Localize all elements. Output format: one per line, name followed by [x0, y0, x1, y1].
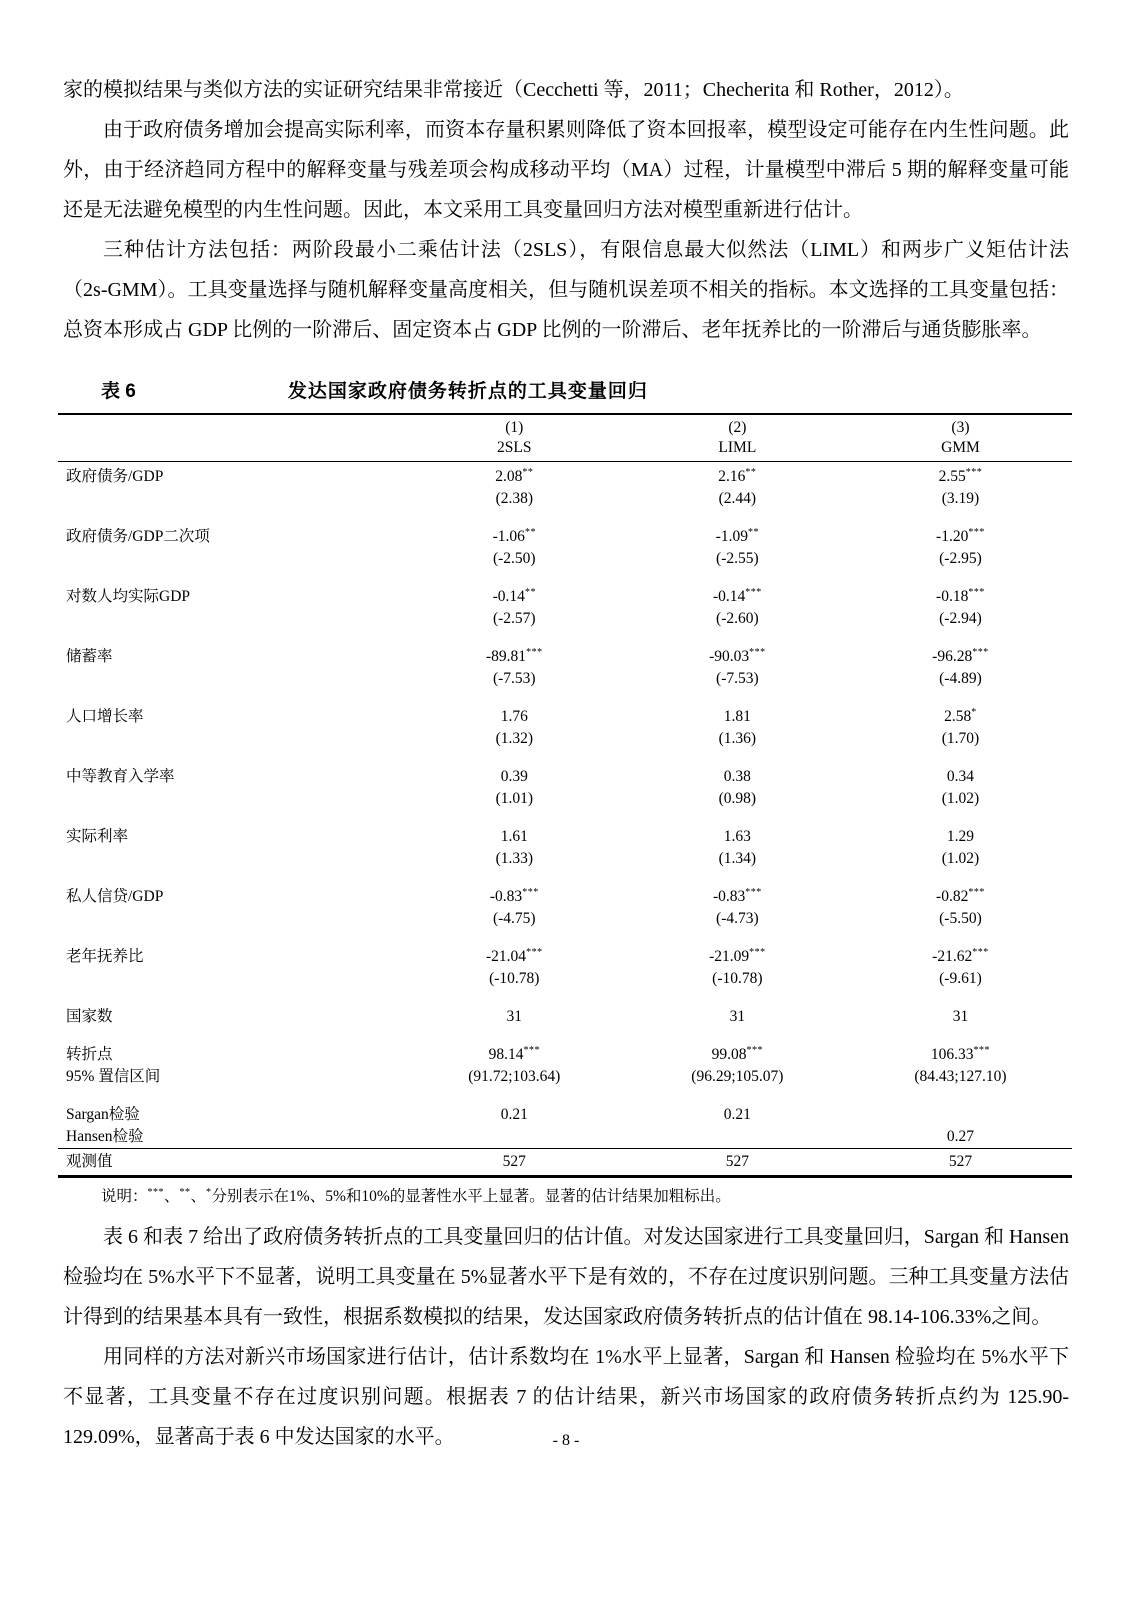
table-cell: (1.02) [849, 848, 1072, 870]
table-cell: (-5.50) [849, 908, 1072, 930]
discussion-section: 表 6 和表 7 给出了政府债务转折点的工具变量回归的估计值。对发达国家进行工具… [63, 1217, 1069, 1457]
table-cell: -1.06** [403, 526, 626, 548]
table-cell: 1.29 [849, 826, 1072, 848]
row-label [58, 668, 403, 690]
turning-point-row: 转折点98.14***99.08***106.33*** [58, 1044, 1072, 1066]
table-cell: 1.81 [626, 706, 849, 728]
table-cell: GMM [849, 438, 1072, 458]
row-spacer [58, 1028, 1072, 1044]
table-cell: 2.16** [626, 466, 849, 488]
table-cell: 31 [626, 1006, 849, 1028]
table-cell: (1.36) [626, 728, 849, 750]
table-cell: 0.21 [403, 1104, 626, 1126]
table-cell: (1.70) [849, 728, 1072, 750]
tstat-row: (1.32)(1.36)(1.70) [58, 728, 1072, 750]
coefficient-value: -89.81 [486, 648, 526, 665]
table-title: 发达国家政府债务转折点的工具变量回归 [288, 376, 648, 403]
significance-stars: ** [180, 1187, 191, 1198]
coefficient-row: 政府债务/GDP二次项-1.06**-1.09**-1.20*** [58, 526, 1072, 548]
table-cell: -21.09*** [626, 946, 849, 968]
tstat-row: (1.33)(1.34)(1.02) [58, 848, 1072, 870]
row-label [58, 418, 403, 438]
table-cell: (2.38) [403, 488, 626, 510]
table-cell: -0.83*** [626, 886, 849, 908]
table-cell: (-4.75) [403, 908, 626, 930]
significance-stars: *** [148, 1187, 165, 1198]
row-label: 国家数 [58, 1006, 403, 1028]
significance-stars: *** [749, 647, 766, 658]
row-label: 人口增长率 [58, 706, 403, 728]
coefficient-value: -21.09 [709, 948, 749, 965]
table-cell: (-10.78) [403, 968, 626, 990]
row-label [58, 908, 403, 930]
coefficient-value: -21.62 [932, 948, 972, 965]
table-cell: (-4.89) [849, 668, 1072, 690]
table-cell: 98.14*** [403, 1044, 626, 1066]
coefficient-row: 对数人均实际GDP-0.14**-0.14***-0.18*** [58, 586, 1072, 608]
row-label [58, 788, 403, 810]
coefficient-value: 106.33 [931, 1046, 974, 1063]
significance-stars: *** [974, 1045, 991, 1056]
row-spacer [58, 630, 1072, 646]
table-cell: -89.81*** [403, 646, 626, 668]
significance-stars: *** [745, 587, 762, 598]
table-cell: 99.08*** [626, 1044, 849, 1066]
page-number: - 8 - [0, 1432, 1132, 1450]
table-cell: -0.83*** [403, 886, 626, 908]
table-cell: (-2.57) [403, 608, 626, 630]
tstat-row: (2.38)(2.44)(3.19) [58, 488, 1072, 510]
table-cell: (1.02) [849, 788, 1072, 810]
coefficient-value: 1.63 [724, 828, 751, 845]
observations-row: 观测值527527527 [58, 1151, 1072, 1173]
significance-stars: *** [966, 467, 983, 478]
table-cell: 0.38 [626, 766, 849, 788]
significance-stars: *** [968, 587, 985, 598]
table-cell: -0.14** [403, 586, 626, 608]
row-spacer [58, 510, 1072, 526]
significance-stars: ** [522, 467, 533, 478]
significance-stars: *** [747, 1045, 764, 1056]
coefficient-value: -1.20 [936, 528, 968, 545]
tstat-row: (-2.50)(-2.55)(-2.95) [58, 548, 1072, 570]
table-cell: (-9.61) [849, 968, 1072, 990]
tstat-row: (-4.75)(-4.73)(-5.50) [58, 908, 1072, 930]
coefficient-value: -90.03 [709, 648, 749, 665]
coefficient-value: -1.09 [716, 528, 748, 545]
significance-stars: *** [972, 947, 989, 958]
row-label: 政府债务/GDP [58, 466, 403, 488]
document-page: 家的模拟结果与类似方法的实证研究结果非常接近（Cecchetti 等，2011；… [0, 0, 1132, 1601]
table-cell: (3.19) [849, 488, 1072, 510]
table-cell: (-7.53) [626, 668, 849, 690]
significance-stars: ** [745, 467, 756, 478]
coefficient-value: -0.82 [936, 888, 968, 905]
table-cell: 2SLS [403, 438, 626, 458]
coefficient-row: 实际利率1.611.631.29 [58, 826, 1072, 848]
table-cell: (1.01) [403, 788, 626, 810]
table-cell: 31 [849, 1006, 1072, 1028]
table-cell: (1.34) [626, 848, 849, 870]
row-label: Hansen检验 [58, 1126, 403, 1148]
table-cell: (2.44) [626, 488, 849, 510]
table-cell: -21.62*** [849, 946, 1072, 968]
table-cell: (-2.50) [403, 548, 626, 570]
table-cell: 527 [849, 1151, 1072, 1173]
table-cell: -0.18*** [849, 586, 1072, 608]
significance-stars: *** [522, 887, 539, 898]
table-cell [626, 1126, 849, 1148]
coefficient-value: -0.18 [936, 588, 968, 605]
table-cell: 0.27 [849, 1126, 1072, 1148]
row-label: 转折点 [58, 1044, 403, 1066]
coefficient-value: 2.58 [944, 708, 971, 725]
significance-stars: ** [525, 527, 536, 538]
table-cell: (1.33) [403, 848, 626, 870]
row-spacer [58, 570, 1072, 586]
test-statistic-row: Sargan检验0.210.21 [58, 1104, 1072, 1126]
row-label [58, 548, 403, 570]
row-spacer [58, 870, 1072, 886]
table-cell: 31 [403, 1006, 626, 1028]
table-caption: 表 6 发达国家政府债务转折点的工具变量回归 [63, 376, 1069, 403]
table-cell: (-2.95) [849, 548, 1072, 570]
table-cell: 527 [626, 1151, 849, 1173]
row-label: 储蓄率 [58, 646, 403, 668]
table-cell: (-7.53) [403, 668, 626, 690]
coefficient-value: 98.14 [489, 1046, 524, 1063]
row-label [58, 968, 403, 990]
table-cell: -0.82*** [849, 886, 1072, 908]
significance-stars: * [206, 1187, 212, 1198]
row-spacer [58, 1088, 1072, 1104]
table-cell: (91.72;103.64) [403, 1066, 626, 1088]
table-header: (1)(2)(3)2SLSLIMLGMM [58, 415, 1072, 462]
coefficient-value: 1.61 [501, 828, 528, 845]
significance-stars: *** [968, 527, 985, 538]
significance-stars: ** [748, 527, 759, 538]
row-label: Sargan检验 [58, 1104, 403, 1126]
observations-row-wrapper: 观测值527527527 [58, 1148, 1072, 1175]
tstat-row: (-10.78)(-10.78)(-9.61) [58, 968, 1072, 990]
row-label [58, 608, 403, 630]
table-cell: (0.98) [626, 788, 849, 810]
coefficient-value: -96.28 [932, 648, 972, 665]
coefficient-value: -0.14 [493, 588, 525, 605]
row-spacer [58, 750, 1072, 766]
table-cell: 106.33*** [849, 1044, 1072, 1066]
regression-table: (1)(2)(3)2SLSLIMLGMM 政府债务/GDP2.08**2.16*… [58, 413, 1072, 1178]
table-cell: (-2.55) [626, 548, 849, 570]
coefficient-value: -21.04 [486, 948, 526, 965]
table-cell: -0.14*** [626, 586, 849, 608]
significance-stars: *** [526, 947, 543, 958]
coefficient-value: 2.55 [939, 468, 966, 485]
coefficient-row: 老年抚养比-21.04***-21.09***-21.62*** [58, 946, 1072, 968]
table-number-label: 表 6 [101, 376, 136, 403]
row-label: 政府债务/GDP二次项 [58, 526, 403, 548]
row-label [58, 438, 403, 458]
table-cell: (2) [626, 418, 849, 438]
significance-stars: *** [745, 887, 762, 898]
row-label [58, 488, 403, 510]
row-label [58, 848, 403, 870]
table-cell: -21.04*** [403, 946, 626, 968]
row-spacer [58, 990, 1072, 1006]
header-row-column-numbers: (1)(2)(3) [58, 418, 1072, 438]
table-cell: (-4.73) [626, 908, 849, 930]
table-note: 说明：***、**、*分别表示在1%、5%和10%的显著性水平上显著。显著的估计… [63, 1185, 1069, 1209]
coefficient-value: 0.38 [724, 768, 751, 785]
table-cell: 1.63 [626, 826, 849, 848]
table-cell: 2.58* [849, 706, 1072, 728]
table-cell: (1) [403, 418, 626, 438]
row-label: 私人信贷/GDP [58, 886, 403, 908]
row-label: 95% 置信区间 [58, 1066, 403, 1088]
tstat-row: (1.01)(0.98)(1.02) [58, 788, 1072, 810]
significance-stars: *** [526, 647, 543, 658]
table-cell: (-10.78) [626, 968, 849, 990]
coefficient-value: 1.29 [947, 828, 974, 845]
row-spacer [58, 690, 1072, 706]
significance-stars: ** [525, 587, 536, 598]
coefficient-value: 1.76 [501, 708, 528, 725]
body-paragraph: 表 6 和表 7 给出了政府债务转折点的工具变量回归的估计值。对发达国家进行工具… [63, 1217, 1069, 1337]
body-paragraph: 家的模拟结果与类似方法的实证研究结果非常接近（Cecchetti 等，2011；… [63, 70, 1069, 110]
table-body: 政府债务/GDP2.08**2.16**2.55***(2.38)(2.44)(… [58, 462, 1072, 1175]
significance-stars: *** [972, 647, 989, 658]
coefficient-value: 2.16 [718, 468, 745, 485]
row-label [58, 728, 403, 750]
table-cell: -1.09** [626, 526, 849, 548]
row-label: 对数人均实际GDP [58, 586, 403, 608]
table-cell: -1.20*** [849, 526, 1072, 548]
coefficient-row: 储蓄率-89.81***-90.03***-96.28*** [58, 646, 1072, 668]
page-content: 家的模拟结果与类似方法的实证研究结果非常接近（Cecchetti 等，2011；… [63, 70, 1069, 1457]
table-cell: (1.32) [403, 728, 626, 750]
row-label: 老年抚养比 [58, 946, 403, 968]
table-cell: 2.08** [403, 466, 626, 488]
significance-stars: *** [749, 947, 766, 958]
coefficient-value: 99.08 [712, 1046, 747, 1063]
coefficient-row: 人口增长率1.761.812.58* [58, 706, 1072, 728]
table-cell: -90.03*** [626, 646, 849, 668]
confidence-interval-row: 95% 置信区间(91.72;103.64)(96.29;105.07)(84.… [58, 1066, 1072, 1088]
table-cell: 1.61 [403, 826, 626, 848]
table-cell [403, 1126, 626, 1148]
coefficient-value: 2.08 [495, 468, 522, 485]
row-label: 观测值 [58, 1151, 403, 1173]
table-cell: LIML [626, 438, 849, 458]
coefficient-value: -1.06 [493, 528, 525, 545]
coefficient-row: 政府债务/GDP2.08**2.16**2.55*** [58, 466, 1072, 488]
tstat-row: (-2.57)(-2.60)(-2.94) [58, 608, 1072, 630]
count-row: 国家数313131 [58, 1006, 1072, 1028]
table-cell: (96.29;105.07) [626, 1066, 849, 1088]
table-cell: (-2.94) [849, 608, 1072, 630]
table-cell: (3) [849, 418, 1072, 438]
significance-stars: * [971, 707, 977, 718]
body-paragraph: 三种估计方法包括：两阶段最小二乘估计法（2SLS），有限信息最大似然法（LIML… [63, 230, 1069, 350]
table-cell: (84.43;127.10) [849, 1066, 1072, 1088]
table-cell: 527 [403, 1151, 626, 1173]
tstat-row: (-7.53)(-7.53)(-4.89) [58, 668, 1072, 690]
table-cell: -96.28*** [849, 646, 1072, 668]
row-label: 中等教育入学率 [58, 766, 403, 788]
coefficient-value: -0.14 [713, 588, 745, 605]
significance-stars: *** [523, 1045, 540, 1056]
coefficient-row: 私人信贷/GDP-0.83***-0.83***-0.82*** [58, 886, 1072, 908]
coefficient-value: 0.39 [501, 768, 528, 785]
coefficient-row: 中等教育入学率0.390.380.34 [58, 766, 1072, 788]
table-cell: 2.55*** [849, 466, 1072, 488]
table-cell: 1.76 [403, 706, 626, 728]
row-spacer [58, 810, 1072, 826]
table-cell: 0.39 [403, 766, 626, 788]
body-paragraph: 由于政府债务增加会提高实际利率，而资本存量积累则降低了资本回报率，模型设定可能存… [63, 110, 1069, 230]
test-statistic-row: Hansen检验0.27 [58, 1126, 1072, 1148]
coefficient-value: -0.83 [490, 888, 522, 905]
coefficient-value: 0.34 [947, 768, 974, 785]
table-cell: (-2.60) [626, 608, 849, 630]
table-cell [849, 1104, 1072, 1126]
row-label: 实际利率 [58, 826, 403, 848]
coefficient-value: 1.81 [724, 708, 751, 725]
coefficient-value: -0.83 [713, 888, 745, 905]
table-cell: 0.21 [626, 1104, 849, 1126]
header-row-method-names: 2SLSLIMLGMM [58, 438, 1072, 458]
row-spacer [58, 930, 1072, 946]
significance-stars: *** [968, 887, 985, 898]
table-cell: 0.34 [849, 766, 1072, 788]
